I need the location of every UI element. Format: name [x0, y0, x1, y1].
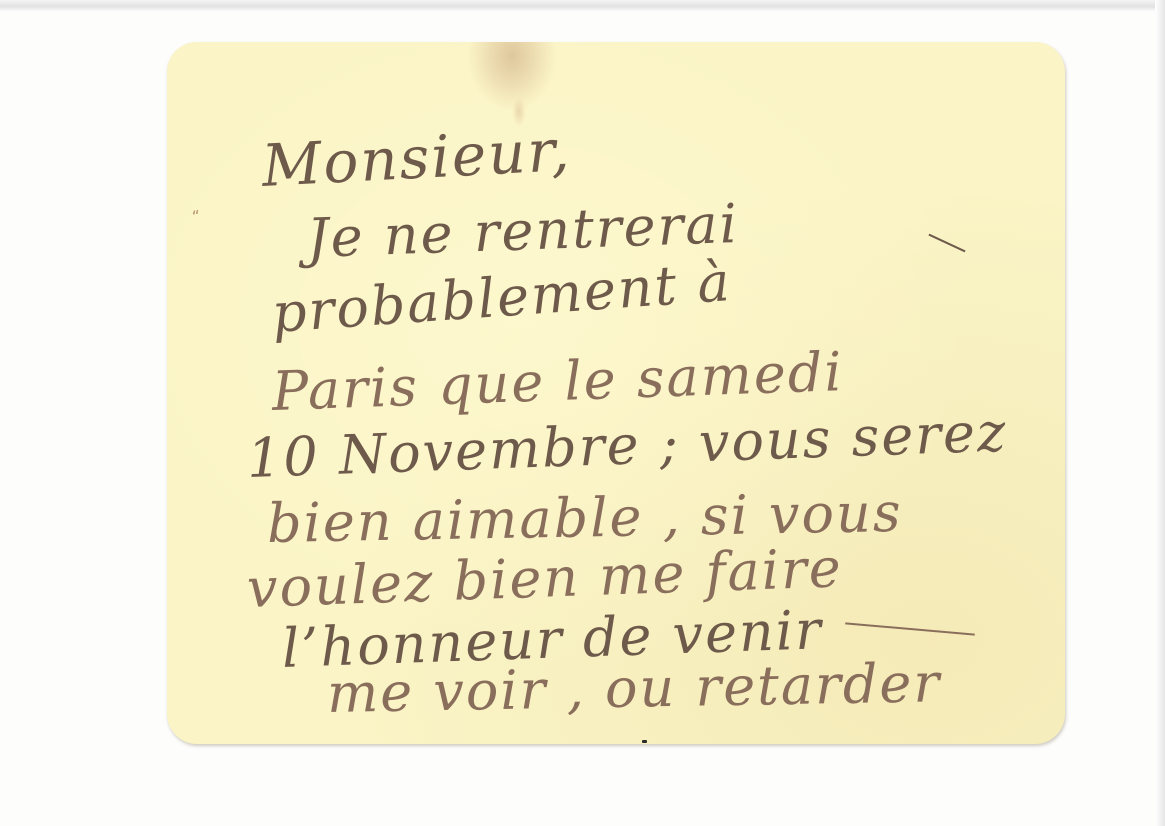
salutation-dash [928, 234, 965, 253]
overline-stroke [845, 622, 975, 635]
scan-speck [642, 740, 647, 743]
handwritten-card: “ Monsieur, Je ne rentrerai probablement… [167, 42, 1065, 744]
salutation-line: Monsieur, [260, 116, 573, 200]
letter-line-8: me voir , ou retarder [326, 651, 941, 725]
scanned-page: “ Monsieur, Je ne rentrerai probablement… [0, 0, 1165, 826]
scan-right-edge [1155, 0, 1165, 826]
scan-top-shadow [0, 0, 1165, 12]
letter-body: Monsieur, Je ne rentrerai probablement à… [167, 42, 1065, 744]
